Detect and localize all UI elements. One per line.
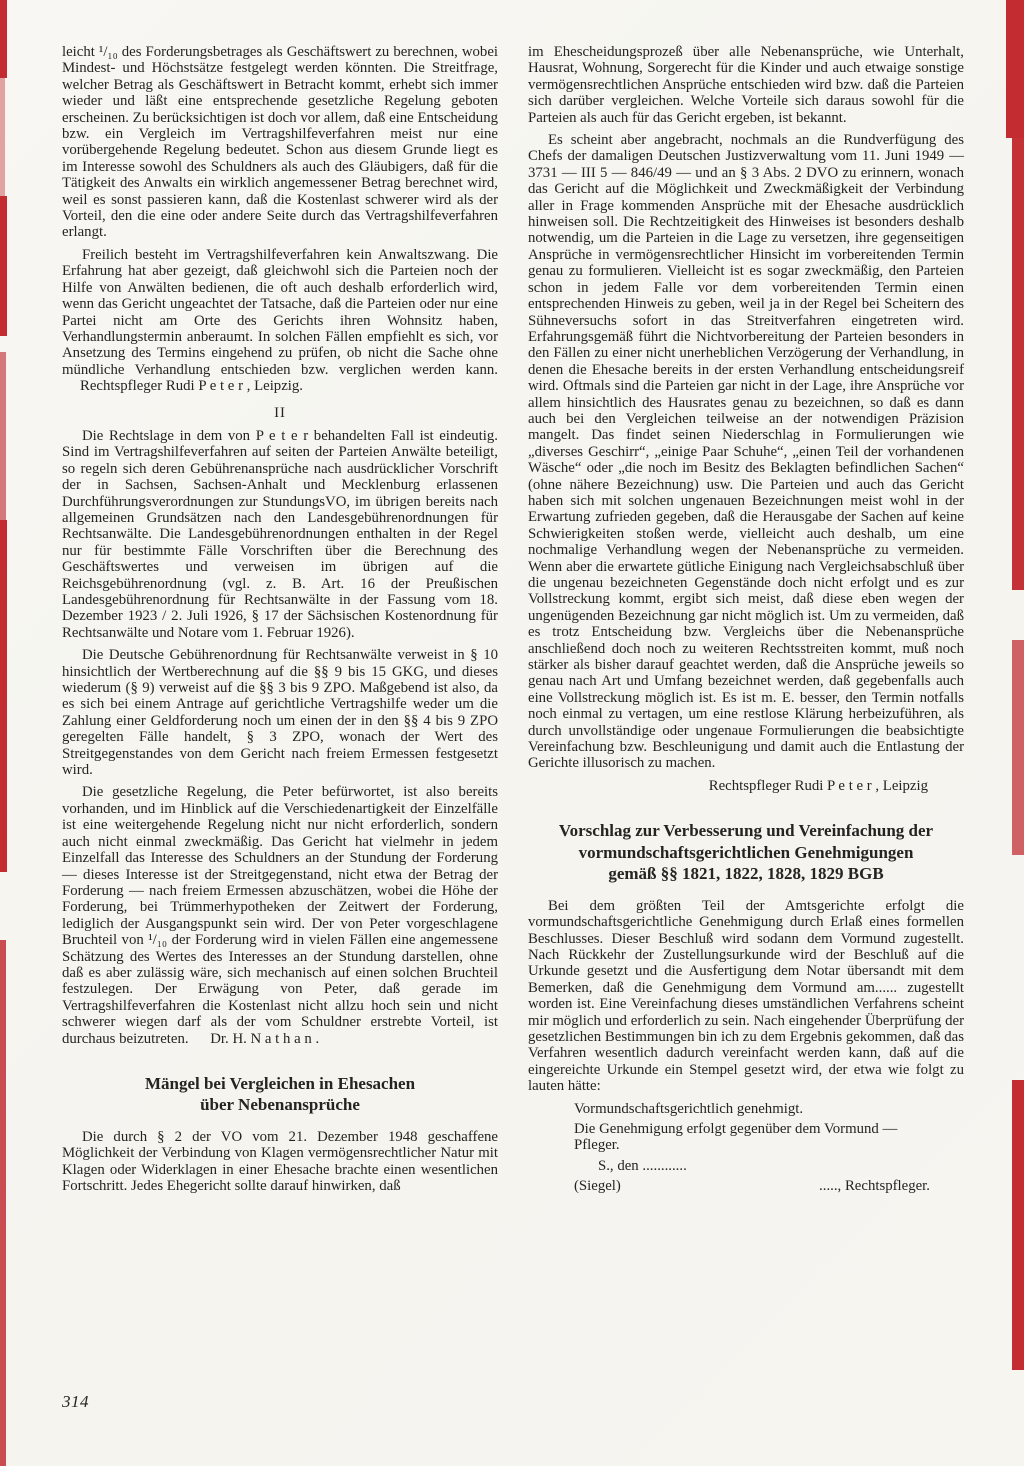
- article-title-maengel: Mängel bei Vergleichen in Ehesachen über…: [62, 1073, 498, 1116]
- author-signature-nathan: Dr. H. N a t h a n .: [210, 1031, 319, 1047]
- article-title-vorschlag: Vorschlag zur Verbesserung und Vereinfac…: [528, 820, 964, 885]
- paragraph: Die Rechtslage in dem von P e t e r beha…: [62, 428, 498, 641]
- article-title-line: über Nebenansprüche: [62, 1094, 498, 1116]
- scan-mark-left-3: [0, 196, 7, 336]
- scan-mark-left-5: [0, 520, 7, 872]
- paragraph-continuation: im Ehescheidungsprozeß über alle Nebenan…: [528, 44, 964, 126]
- author-signature-peter-2: Rechtspfleger Rudi P e t e r , Leipzig: [528, 778, 964, 794]
- scan-mark-right-2: [1012, 138, 1024, 590]
- page-number: 314: [62, 1392, 89, 1412]
- left-column: leicht ¹/₁₀ des Forderungsbetrages als G…: [62, 44, 498, 1201]
- paragraph: Die gesetzliche Regelung, die Peter befü…: [62, 784, 498, 1047]
- scan-mark-left-6: [0, 940, 6, 1466]
- paragraph: Freilich besteht im Vertragshilfeverfahr…: [62, 247, 498, 395]
- scan-mark-left-2: [0, 78, 5, 196]
- scan-mark-left-1: [0, 0, 7, 78]
- paragraph-text: Freilich besteht im Vertragshilfeverfahr…: [62, 247, 498, 378]
- scan-mark-right-4: [1012, 1080, 1024, 1370]
- paragraph-continuation: leicht ¹/₁₀ des Forderungsbetrages als G…: [62, 44, 498, 241]
- seal-label: (Siegel): [574, 1178, 621, 1194]
- author-signature-peter: Rechtspfleger Rudi P e t e r , Leipzig.: [80, 378, 303, 394]
- paragraph: Es scheint aber angebracht, nochmals an …: [528, 132, 964, 772]
- paragraph-text: Die gesetzliche Regelung, die Peter befü…: [62, 784, 498, 1046]
- paragraph: Die durch § 2 der VO vom 21. Dezember 19…: [62, 1129, 498, 1195]
- right-column: im Ehescheidungsprozeß über alle Nebenan…: [528, 44, 964, 1201]
- journal-page: leicht ¹/₁₀ des Forderungsbetrages als G…: [0, 0, 1024, 1466]
- scan-mark-right-1: [1006, 0, 1024, 138]
- stamp-date-line: S., den ............: [598, 1158, 964, 1174]
- officer-label: ....., Rechtspfleger.: [819, 1178, 930, 1194]
- two-column-text-area: leicht ¹/₁₀ des Forderungsbetrages als G…: [62, 44, 964, 1201]
- stamp-text-block: Vormundschaftsgerichtlich genehmigt. Die…: [574, 1101, 964, 1195]
- seal-row: (Siegel) ....., Rechtspfleger.: [574, 1178, 930, 1194]
- scan-mark-right-3: [1012, 640, 1024, 855]
- scan-mark-left-4: [0, 352, 6, 520]
- section-numeral: II: [62, 405, 498, 421]
- article-title-line: Mängel bei Vergleichen in Ehesachen: [62, 1073, 498, 1095]
- article-title-line: gemäß §§ 1821, 1822, 1828, 1829 BGB: [528, 863, 964, 885]
- stamp-line-2: Die Genehmigung erfolgt gegenüber dem Vo…: [574, 1121, 906, 1154]
- paragraph: Die Deutsche Gebührenordnung für Rechtsa…: [62, 647, 498, 778]
- paragraph: Bei dem größten Teil der Amtsgerichte er…: [528, 898, 964, 1095]
- article-title-line: vormundschaftsgerichtlichen Genehmigunge…: [528, 842, 964, 864]
- article-title-line: Vorschlag zur Verbesserung und Vereinfac…: [528, 820, 964, 842]
- stamp-line-1: Vormundschaftsgerichtlich genehmigt.: [574, 1101, 964, 1117]
